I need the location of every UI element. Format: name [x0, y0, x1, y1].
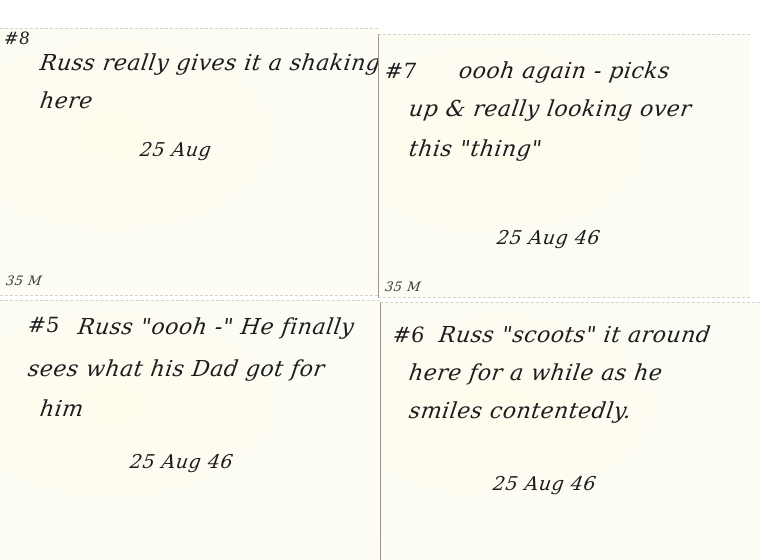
date-note: 25 Aug 46: [492, 475, 598, 494]
caption-line-2: here for a while as he: [407, 363, 663, 385]
photo-card-5: #5 Russ "oooh -" He finally sees what hi…: [0, 300, 380, 560]
card-number: #5: [27, 315, 62, 336]
card-number: #7: [384, 61, 419, 82]
photo-card-6: #6 Russ "scoots" it around here for a wh…: [380, 302, 760, 560]
caption-line-1: Russ "scoots" it around: [437, 325, 712, 347]
photo-card-8: #8 Russ really gives it a shaking here 2…: [0, 28, 378, 296]
date-note: 25 Aug 46: [129, 453, 235, 472]
caption-line-2: sees what his Dad got for: [26, 359, 326, 381]
caption-line-3: this "thing": [407, 139, 543, 161]
card-number: #6: [392, 325, 427, 346]
caption-line-1: oooh again - picks: [457, 61, 671, 83]
date-note: 25 Aug 46: [496, 229, 602, 248]
card-number: #8: [3, 31, 31, 48]
corner-mark: 35 M: [384, 281, 422, 294]
caption-line-1: Russ really gives it a shaking: [38, 53, 378, 75]
caption-line-2: up & really looking over: [407, 99, 692, 121]
date-note: 25 Aug: [139, 141, 213, 160]
caption-line-2: here: [38, 91, 94, 113]
caption-line-1: Russ "oooh -" He finally: [76, 317, 355, 339]
corner-mark: 35 M: [5, 275, 43, 288]
caption-line-3: him: [38, 399, 85, 421]
photo-card-7: #7 oooh again - picks up & really lookin…: [378, 34, 750, 298]
caption-line-3: smiles contentedly.: [407, 401, 632, 423]
